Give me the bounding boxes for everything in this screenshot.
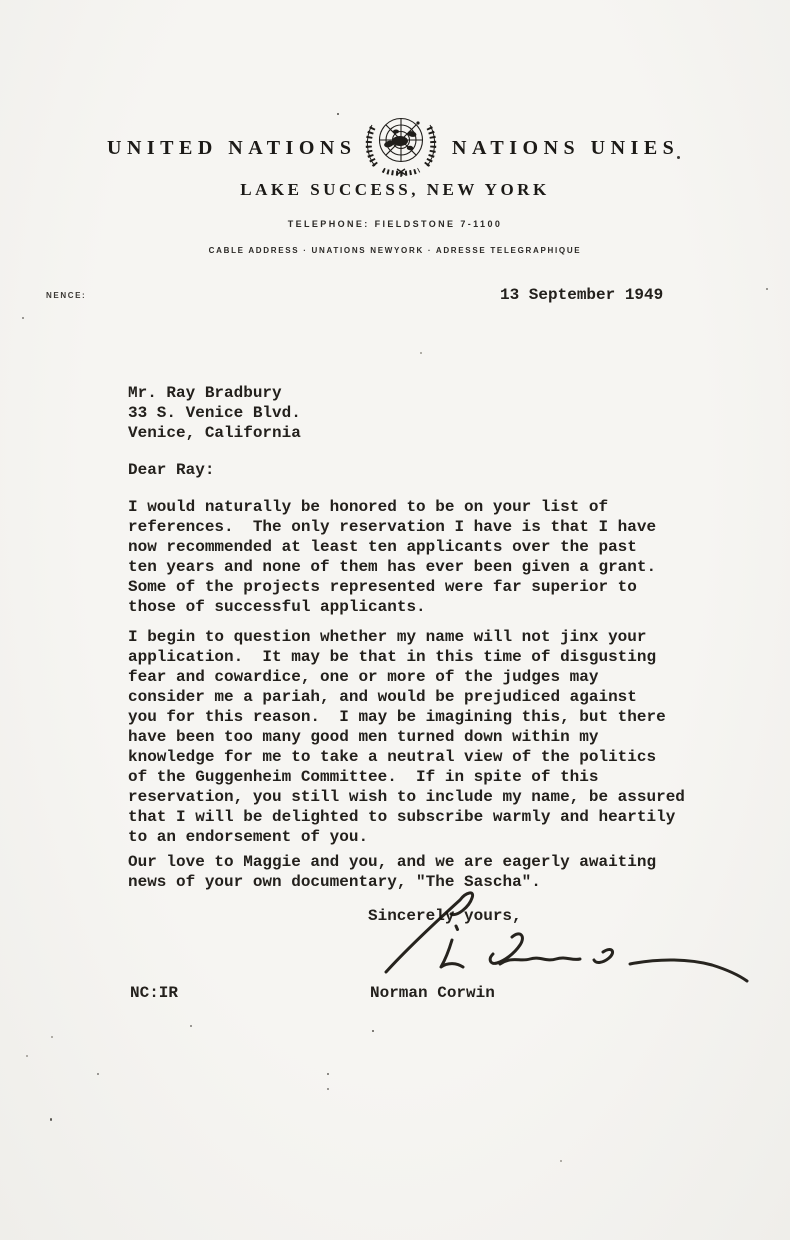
date-line: 13 September 1949 (500, 285, 663, 305)
scan-speck (97, 1073, 99, 1075)
letterhead-cable-address: CABLE ADDRESS · UNATIONS NEWYORK · ADRES… (0, 246, 790, 255)
letterhead-location: LAKE SUCCESS, NEW YORK (0, 180, 790, 200)
scan-speck (50, 1118, 52, 1121)
org-name-left: UNITED NATIONS (107, 137, 356, 160)
salutation: Dear Ray: (128, 460, 214, 480)
scan-speck (51, 1036, 53, 1038)
body-paragraph-2: I begin to question whether my name will… (128, 627, 708, 847)
scan-speck (327, 1073, 329, 1075)
body-paragraph-3: Our love to Maggie and you, and we are e… (128, 852, 708, 892)
scan-speck (560, 1160, 562, 1162)
scan-speck (337, 113, 339, 115)
scan-speck (766, 288, 768, 290)
typed-signature-name: Norman Corwin (370, 983, 495, 1003)
scan-speck (677, 156, 680, 159)
org-name-right: NATIONS UNIES (452, 137, 679, 160)
signature-icon (360, 888, 760, 988)
typist-initials: NC:IR (130, 983, 178, 1003)
scan-speck (327, 1088, 329, 1090)
scan-speck (420, 352, 422, 354)
scan-speck (372, 1030, 374, 1032)
reference-stub: NENCE: (46, 291, 86, 300)
body-paragraph-1: I would naturally be honored to be on yo… (128, 497, 708, 617)
scan-speck (26, 1055, 28, 1057)
un-emblem-icon (363, 111, 439, 177)
letter-page: UNITED NATIONS (0, 0, 790, 1240)
recipient-address: Mr. Ray Bradbury 33 S. Venice Blvd. Veni… (128, 383, 301, 443)
scan-speck (22, 317, 24, 319)
letterhead-telephone: TELEPHONE: FIELDSTONE 7-1100 (0, 219, 790, 229)
scan-speck (190, 1025, 192, 1027)
